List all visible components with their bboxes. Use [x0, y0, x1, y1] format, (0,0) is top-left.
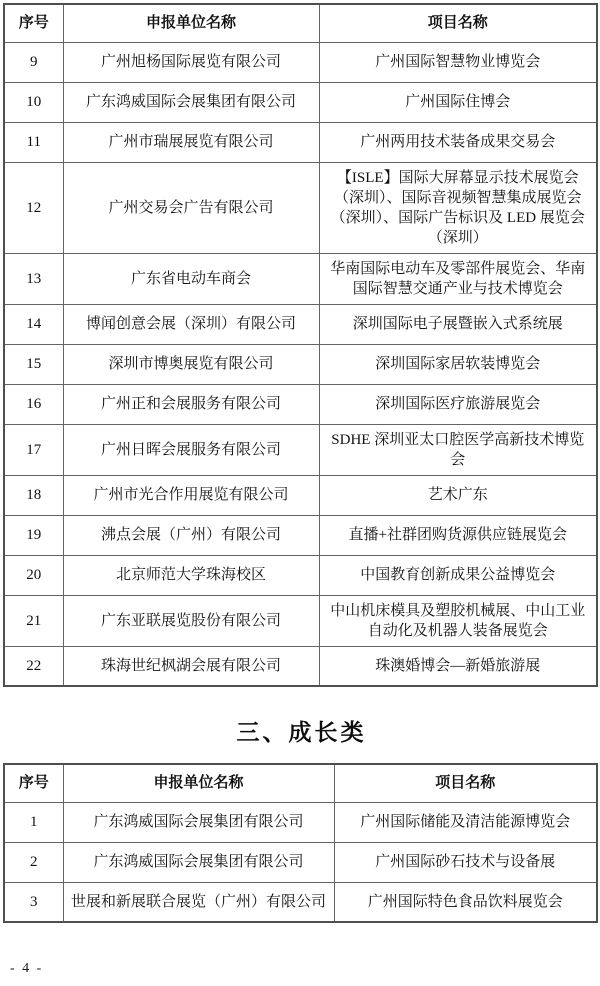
row-serial-number-cell: 18: [4, 475, 63, 515]
applicant-name-cell: 广东亚联展览股份有限公司: [63, 595, 319, 646]
row-serial-number-cell: 16: [4, 384, 63, 424]
applicant-name-cell: 广州旭杨国际展览有限公司: [63, 42, 319, 82]
section-title: 三、成长类: [3, 714, 600, 747]
table-header-row: 序号 申报单位名称 项目名称: [4, 764, 597, 802]
project-name-cell: 广州两用技术装备成果交易会: [319, 122, 597, 162]
table-header-row: 序号 申报单位名称 项目名称: [4, 4, 597, 42]
row-serial-number-cell: 19: [4, 515, 63, 555]
applicant-name-cell: 世展和新展联合展览（广州）有限公司: [63, 882, 334, 922]
table-row: 21 广东亚联展览股份有限公司 中山机床模具及塑胶机械展、中山工业自动化及机器人…: [4, 595, 597, 646]
applicant-name-cell: 广州日晖会展服务有限公司: [63, 424, 319, 475]
applicant-name-cell: 广东鸿威国际会展集团有限公司: [63, 842, 334, 882]
project-name-cell: 广州国际砂石技术与设备展: [334, 842, 597, 882]
project-name-cell: 直播+社群团购货源供应链展览会: [319, 515, 597, 555]
table-row: 3 世展和新展联合展览（广州）有限公司 广州国际特色食品饮料展览会: [4, 882, 597, 922]
row-serial-number-cell: 1: [4, 802, 63, 842]
project-name-cell: 珠澳婚博会—新婚旅游展: [319, 646, 597, 686]
applicant-name-cell: 广州交易会广告有限公司: [63, 162, 319, 253]
row-serial-number-cell: 9: [4, 42, 63, 82]
project-name-cell: 中国教育创新成果公益博览会: [319, 555, 597, 595]
applicant-name-cell: 沸点会展（广州）有限公司: [63, 515, 319, 555]
row-serial-number-cell: 22: [4, 646, 63, 686]
applicant-name-cell: 北京师范大学珠海校区: [63, 555, 319, 595]
project-name-cell: 中山机床模具及塑胶机械展、中山工业自动化及机器人装备展览会: [319, 595, 597, 646]
page-number: - 4 -: [10, 961, 43, 977]
table-row: 1 广东鸿威国际会展集团有限公司 广州国际储能及清洁能源博览会: [4, 802, 597, 842]
table-row: 20 北京师范大学珠海校区 中国教育创新成果公益博览会: [4, 555, 597, 595]
row-serial-number-cell: 12: [4, 162, 63, 253]
table-row: 14 博闻创意会展（深圳）有限公司 深圳国际电子展暨嵌入式系统展: [4, 304, 597, 344]
row-serial-number-cell: 20: [4, 555, 63, 595]
project-name-cell: 广州国际住博会: [319, 82, 597, 122]
row-serial-number-cell: 10: [4, 82, 63, 122]
project-name-cell: 深圳国际电子展暨嵌入式系统展: [319, 304, 597, 344]
applicant-name-cell: 广东省电动车商会: [63, 253, 319, 304]
document-page: 序号 申报单位名称 项目名称 9 广州旭杨国际展览有限公司 广州国际智慧物业博览…: [0, 0, 600, 986]
row-serial-number-cell: 11: [4, 122, 63, 162]
table-row: 10 广东鸿威国际会展集团有限公司 广州国际住博会: [4, 82, 597, 122]
project-name-cell: 艺术广东: [319, 475, 597, 515]
applicant-name-cell: 广东鸿威国际会展集团有限公司: [63, 82, 319, 122]
table-row: 15 深圳市博奥展览有限公司 深圳国际家居软装博览会: [4, 344, 597, 384]
project-name-cell: SDHE 深圳亚太口腔医学高新技术博览会: [319, 424, 597, 475]
project-name-cell: 深圳国际家居软装博览会: [319, 344, 597, 384]
project-name-cell: 广州国际储能及清洁能源博览会: [334, 802, 597, 842]
project-name-cell: 深圳国际医疗旅游展览会: [319, 384, 597, 424]
row-serial-number-cell: 21: [4, 595, 63, 646]
applicant-name-cell: 广州市光合作用展览有限公司: [63, 475, 319, 515]
project-name-cell: 【ISLE】国际大屏幕显示技术展览会（深圳）、国际音视频智慧集成展览会（深圳）、…: [319, 162, 597, 253]
project-name-cell: 华南国际电动车及零部件展览会、华南国际智慧交通产业与技术博览会: [319, 253, 597, 304]
table-row: 2 广东鸿威国际会展集团有限公司 广州国际砂石技术与设备展: [4, 842, 597, 882]
applicant-name-cell: 广州市瑞展展览有限公司: [63, 122, 319, 162]
table-row: 13 广东省电动车商会 华南国际电动车及零部件展览会、华南国际智慧交通产业与技术…: [4, 253, 597, 304]
table-row: 22 珠海世纪枫湖会展有限公司 珠澳婚博会—新婚旅游展: [4, 646, 597, 686]
header-serial-number: 序号: [4, 764, 63, 802]
header-applicant-name: 申报单位名称: [63, 4, 319, 42]
table-row: 12 广州交易会广告有限公司 【ISLE】国际大屏幕显示技术展览会（深圳）、国际…: [4, 162, 597, 253]
header-project-name: 项目名称: [319, 4, 597, 42]
project-name-cell: 广州国际智慧物业博览会: [319, 42, 597, 82]
applicant-name-cell: 珠海世纪枫湖会展有限公司: [63, 646, 319, 686]
row-serial-number-cell: 15: [4, 344, 63, 384]
table-row: 11 广州市瑞展展览有限公司 广州两用技术装备成果交易会: [4, 122, 597, 162]
row-serial-number-cell: 17: [4, 424, 63, 475]
applicant-name-cell: 广东鸿威国际会展集团有限公司: [63, 802, 334, 842]
row-serial-number-cell: 14: [4, 304, 63, 344]
header-project-name: 项目名称: [334, 764, 597, 802]
table-row: 16 广州正和会展服务有限公司 深圳国际医疗旅游展览会: [4, 384, 597, 424]
category-two-table: 序号 申报单位名称 项目名称 9 广州旭杨国际展览有限公司 广州国际智慧物业博览…: [3, 3, 598, 687]
row-serial-number-cell: 13: [4, 253, 63, 304]
category-three-table: 序号 申报单位名称 项目名称 1 广东鸿威国际会展集团有限公司 广州国际储能及清…: [3, 763, 598, 923]
header-applicant-name: 申报单位名称: [63, 764, 334, 802]
header-serial-number: 序号: [4, 4, 63, 42]
applicant-name-cell: 深圳市博奥展览有限公司: [63, 344, 319, 384]
table-row: 17 广州日晖会展服务有限公司 SDHE 深圳亚太口腔医学高新技术博览会: [4, 424, 597, 475]
table-row: 19 沸点会展（广州）有限公司 直播+社群团购货源供应链展览会: [4, 515, 597, 555]
applicant-name-cell: 广州正和会展服务有限公司: [63, 384, 319, 424]
row-serial-number-cell: 2: [4, 842, 63, 882]
table-row: 9 广州旭杨国际展览有限公司 广州国际智慧物业博览会: [4, 42, 597, 82]
table-row: 18 广州市光合作用展览有限公司 艺术广东: [4, 475, 597, 515]
row-serial-number-cell: 3: [4, 882, 63, 922]
project-name-cell: 广州国际特色食品饮料展览会: [334, 882, 597, 922]
applicant-name-cell: 博闻创意会展（深圳）有限公司: [63, 304, 319, 344]
